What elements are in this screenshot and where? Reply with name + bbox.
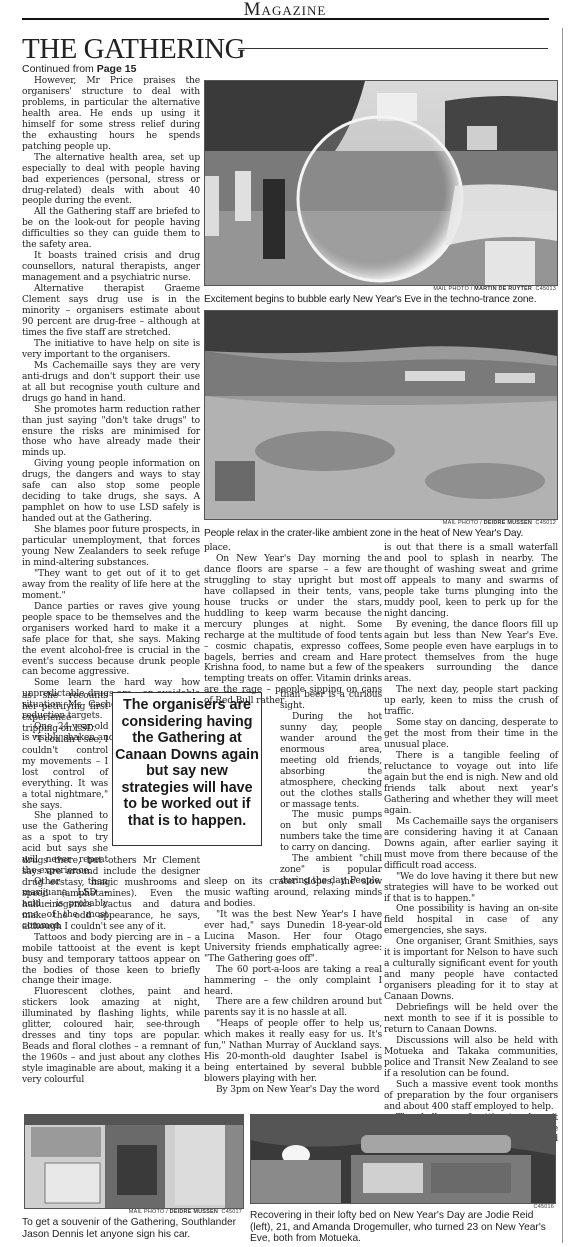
photo-credit-crater: MAIL PHOTO / DEIDRE MUSSEN C45012 bbox=[204, 520, 556, 526]
section-rule bbox=[22, 18, 549, 20]
car-photo-image bbox=[25, 1115, 243, 1208]
bubble-photo-image bbox=[205, 81, 557, 285]
article-title: THE GATHERING bbox=[22, 33, 245, 65]
page-edge-rule bbox=[562, 28, 563, 1243]
photo-credit-car: MAIL PHOTO / DEIDRE MUSSEN C45017 bbox=[24, 1209, 242, 1215]
article-column-1-top: However, Mr Price praises the organisers… bbox=[22, 76, 200, 744]
photo-caption-bed: Recovering in their lofty bed on New Yea… bbox=[250, 1210, 556, 1245]
photo-car bbox=[24, 1114, 244, 1209]
photo-bubble bbox=[204, 80, 558, 286]
title-rule bbox=[238, 48, 548, 49]
continued-page: Page 15 bbox=[97, 63, 137, 75]
photo-caption-bubble: Excitement begins to bubble early New Ye… bbox=[204, 294, 560, 306]
article-column-3: is out that there is a small waterfall a… bbox=[384, 543, 558, 1156]
continued-from: Continued from Page 15 bbox=[22, 63, 136, 75]
article-column-1-bottom: drugs there, but others Mr Clement says … bbox=[22, 856, 200, 1086]
photo-credit-bubble: MAIL PHOTO / MARTIN DE RUYTER C45013 bbox=[204, 286, 556, 292]
pull-quote: The organisers are considering having th… bbox=[112, 692, 262, 846]
photo-caption-crater: People relax in the crater-like ambient … bbox=[204, 528, 560, 540]
photo-crater bbox=[204, 310, 558, 520]
bed-photo-image bbox=[251, 1115, 555, 1203]
article-column-2-bottom: sleep on its crater slopes, the slow mus… bbox=[204, 877, 382, 1096]
article-column-2-narrow: than beer is a curious sight. During the… bbox=[280, 690, 382, 887]
article-column-2-top: place. On New Year's Day morning the dan… bbox=[204, 543, 382, 707]
section-header: Magazine bbox=[0, 0, 570, 20]
photo-caption-car: To get a souvenir of the Gathering, Sout… bbox=[22, 1217, 244, 1240]
photo-bed bbox=[250, 1114, 556, 1204]
crater-photo-image bbox=[205, 311, 557, 519]
